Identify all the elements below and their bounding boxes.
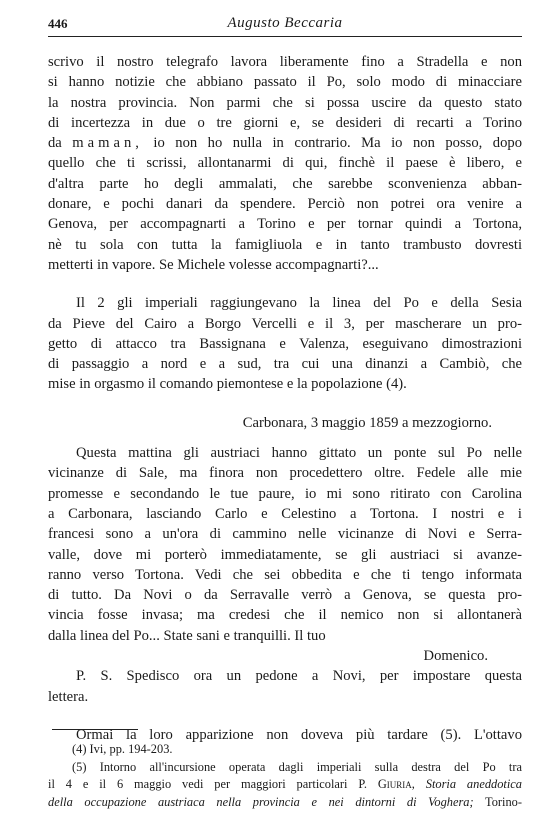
spacer (48, 433, 522, 443)
footnote-5-line: il 4 e il 6 maggio vedi per maggiori par… (48, 776, 522, 794)
text-line: di incertezza in due o tre giorni e, se … (48, 113, 522, 133)
footnote-4: (4) Ivi, pp. 194-203. (48, 741, 522, 759)
text-line: di tutto. Da Novi o da Serravalle verrò … (48, 585, 522, 605)
text-line: dalla linea del Po... State sani e tranq… (48, 626, 522, 646)
postscript: P. S. Spedisco ora un pedone a Novi, per… (48, 666, 522, 707)
text-line: metterti in vapore. Se Michele volesse a… (48, 255, 522, 275)
text-line: nè tu sola con tutta la famigliuola e in… (48, 235, 522, 255)
spacer (48, 275, 522, 293)
footnote-rule (52, 729, 138, 730)
text-line: quello che ti scrissi, allontanarmi di q… (48, 153, 522, 173)
text-line: promesse e secondando le tue paure, io m… (48, 484, 522, 504)
running-head: 446 Augusto Beccaria (48, 14, 522, 34)
book-title: della occupazione austriaca nella provin… (48, 795, 474, 809)
letter-paragraph-1: scrivo il nostro telegrafo lavora libera… (48, 52, 522, 275)
book-title: Storia aneddotica (426, 777, 522, 791)
text-fragment: io non ho nulla in contrario. Ma io non … (153, 135, 522, 151)
text-line: a Carbonara, lasciando Carlo e Celestino… (48, 504, 522, 524)
text-fragment: Torino- (485, 795, 522, 809)
text-line: mise in orgasmo il comando piemontese e … (48, 374, 522, 394)
text-line: getto di attacco tra Bassignana e Valenz… (48, 334, 522, 354)
narrative-paragraph-1: Il 2 gli imperiali raggiungevano la line… (48, 293, 522, 394)
body-text: scrivo il nostro telegrafo lavora libera… (48, 52, 522, 745)
letter-signature: Domenico. (48, 646, 522, 666)
text-line: francesi sono a un'ora di cammino nelle … (48, 524, 522, 544)
text-line: lettera. (48, 687, 522, 707)
text-line: di passaggio a nord e a sud, tra cui una… (48, 354, 522, 374)
text-line: ranno verso Tortona. Vedi che sei obbedi… (48, 565, 522, 585)
letter-paragraph-2: Questa mattina gli austriaci hanno gitta… (48, 443, 522, 646)
running-title: Augusto Beccaria (48, 15, 522, 32)
spacer (48, 395, 522, 413)
book-page: 446 Augusto Beccaria scrivo il nostro te… (0, 0, 550, 831)
spacer (48, 707, 522, 725)
letter-dateline: Carbonara, 3 maggio 1859 a mezzogiorno. (48, 413, 522, 433)
text-line: Il 2 gli imperiali raggiungevano la line… (48, 293, 522, 313)
text-line: valle, dove mi porterò immediatamente, s… (48, 545, 522, 565)
footnote-5-line: (5) Intorno all'incursione operata dagli… (48, 759, 522, 777)
text-line: la nostra provincia. Non parmi che si po… (48, 93, 522, 113)
spaced-word: maman, (72, 135, 143, 151)
text-line: d'altra parte ho degli ammalati, che sar… (48, 174, 522, 194)
text-fragment: il 4 e il 6 maggio vedi per maggiori par… (48, 777, 367, 791)
text-line: donare, e pochi danari da spendere. Perc… (48, 194, 522, 214)
footnotes: (4) Ivi, pp. 194-203. (5) Intorno all'in… (48, 741, 522, 811)
header-rule (48, 36, 522, 37)
text-line: vicinanze di Sale, ma finora non procede… (48, 463, 522, 483)
author-name: Giuria, (378, 777, 415, 791)
text-line: da maman, io non ho nulla in contrario. … (48, 133, 522, 153)
text-line: scrivo il nostro telegrafo lavora libera… (48, 52, 522, 72)
footnote-5-line: della occupazione austriaca nella provin… (48, 794, 522, 812)
text-line: Questa mattina gli austriaci hanno gitta… (48, 443, 522, 463)
text-line: P. S. Spedisco ora un pedone a Novi, per… (48, 666, 522, 686)
text-line: si hanno notizie che abbiano passato il … (48, 72, 522, 92)
text-fragment: da (48, 135, 62, 151)
text-line: da Pieve del Cairo a Borgo Vercelli e il… (48, 314, 522, 334)
text-line: Genova, per accompagnarti a Torino e per… (48, 214, 522, 234)
text-line: vincia fosse invasa; ma credesi che il n… (48, 605, 522, 625)
